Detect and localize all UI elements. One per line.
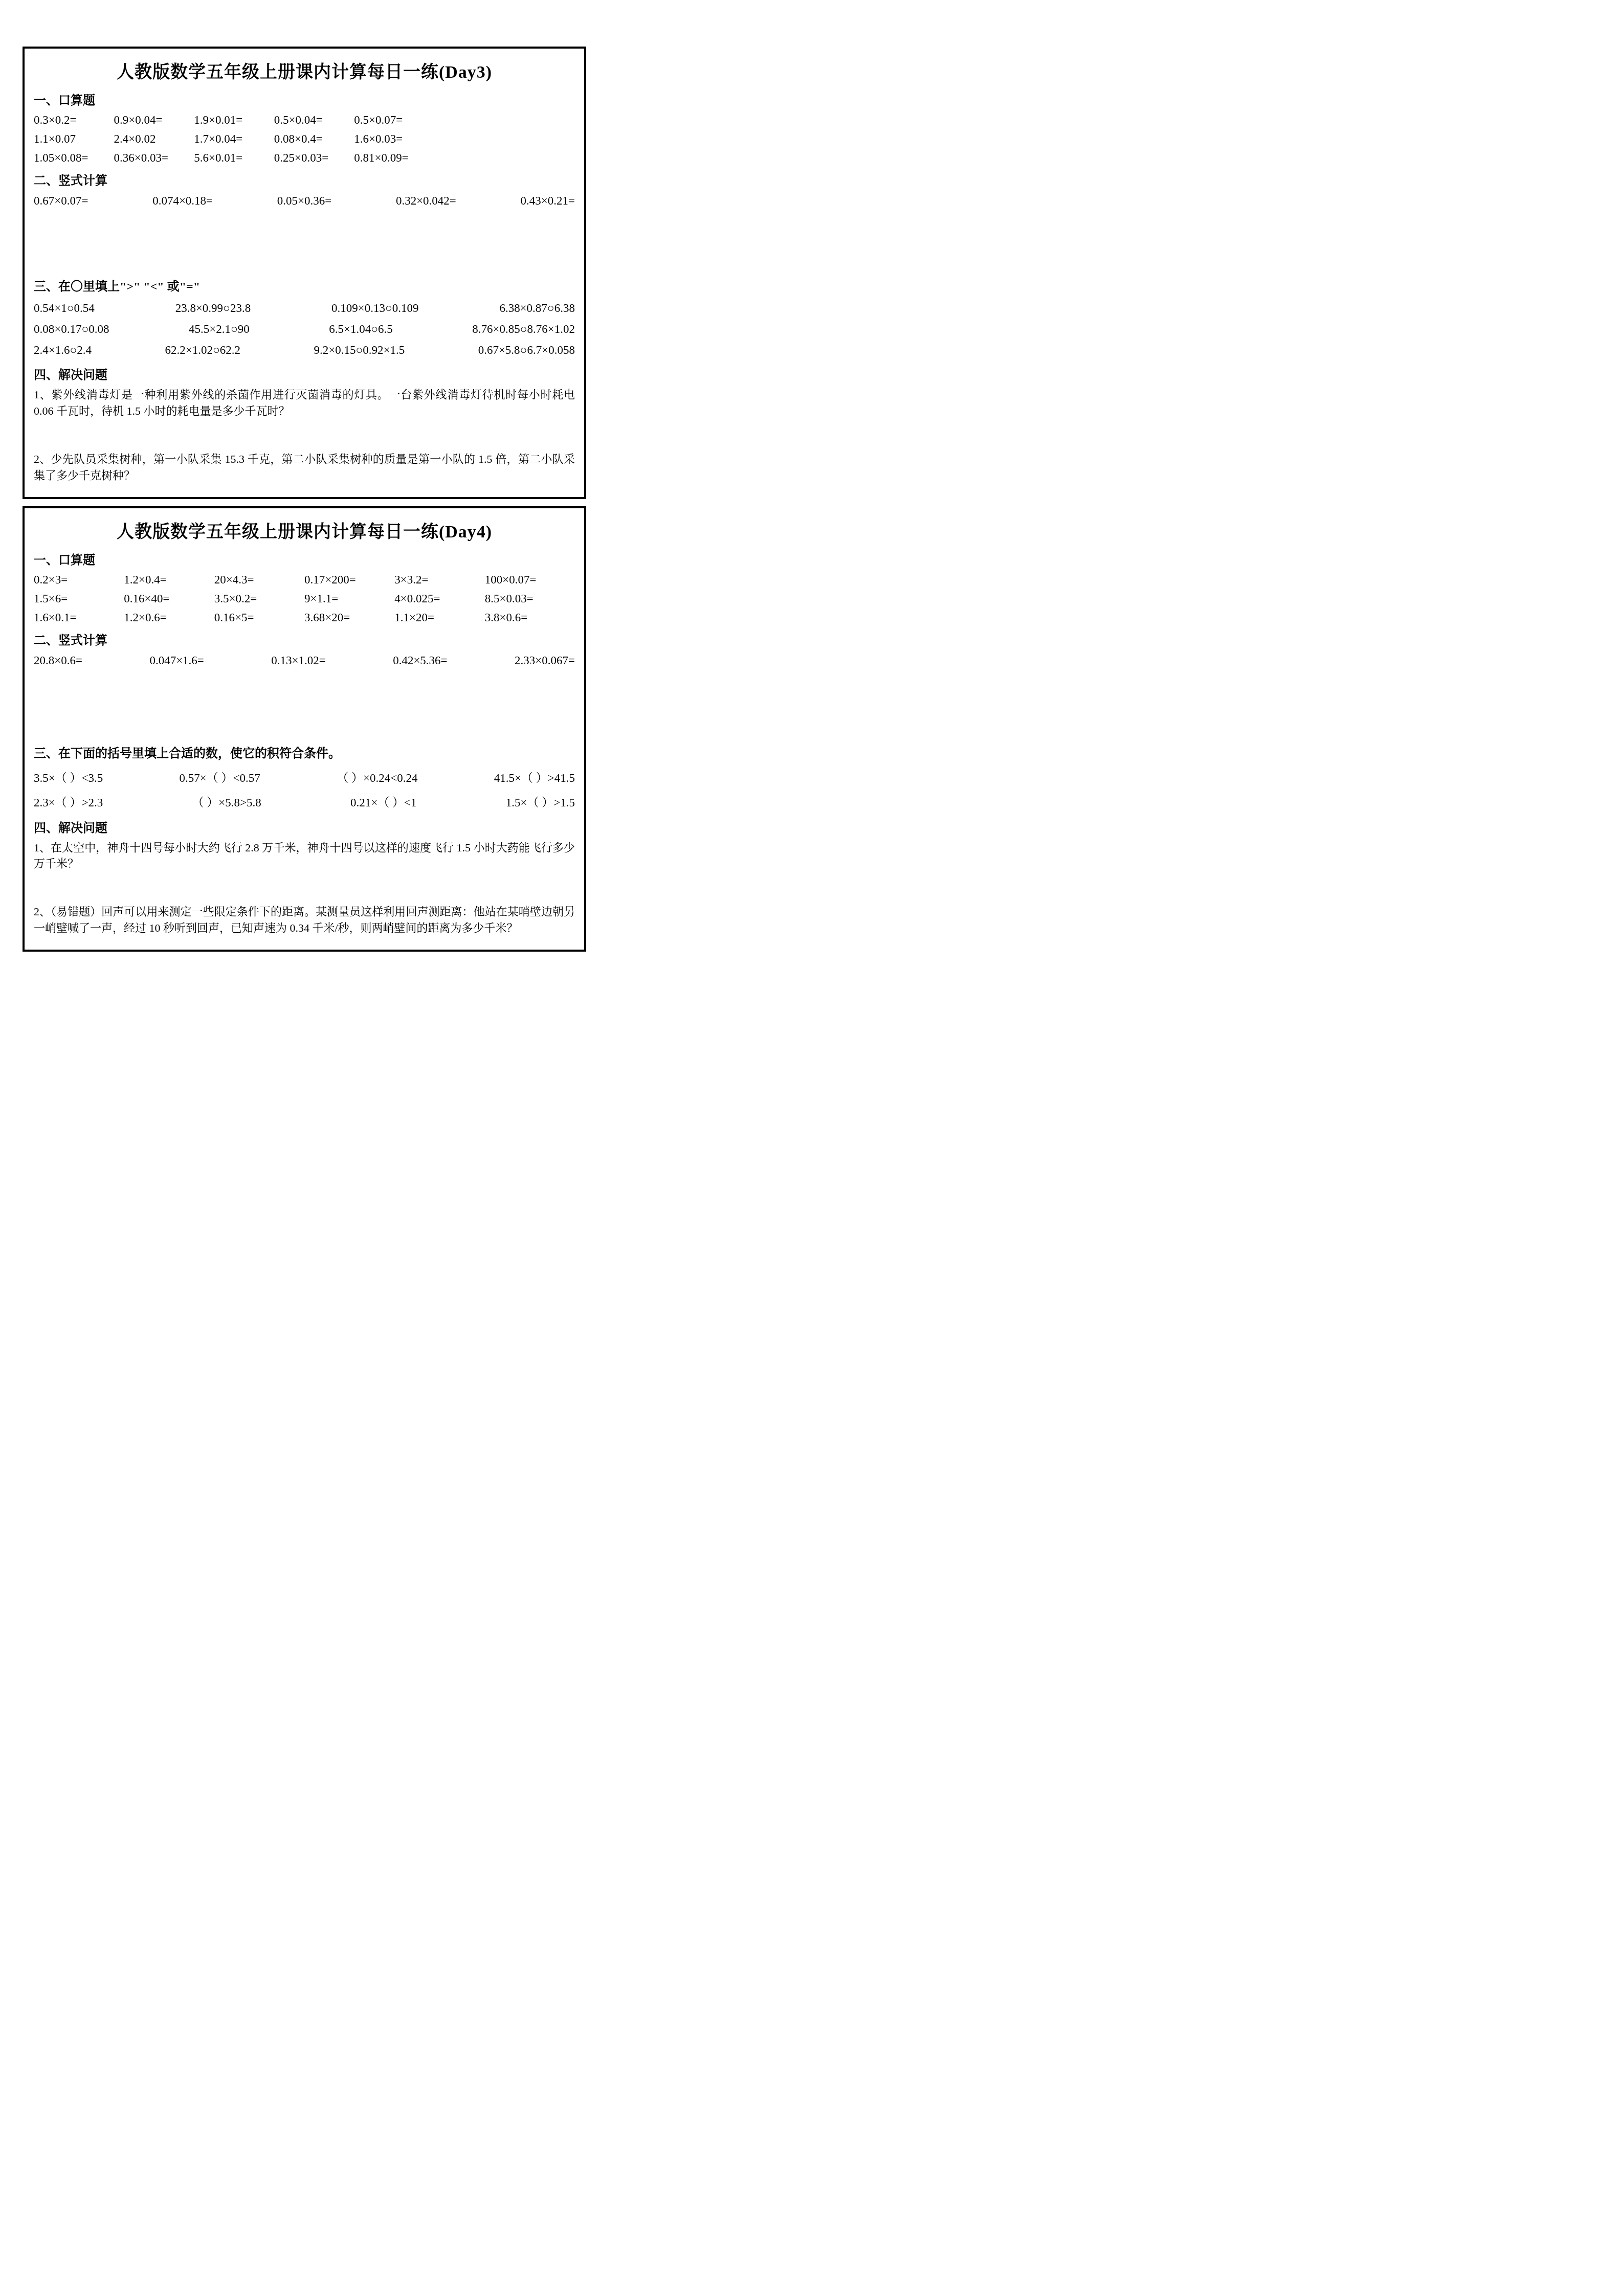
section-heading-oral: 一、口算题	[34, 550, 575, 568]
expression-row: 1.05×0.08=0.36×0.03=5.6×0.01=0.25×0.03=0…	[34, 151, 434, 165]
expression-item: 0.17×200=	[304, 573, 394, 587]
expression-item: 4×0.025=	[394, 592, 484, 605]
expression-item: 0.2×3=	[34, 573, 124, 587]
expression-item: 0.25×0.03=	[274, 151, 354, 165]
expression-item: 8.5×0.03=	[485, 592, 575, 605]
expression-item: 0.67×5.8○6.7×0.058	[478, 344, 575, 357]
expression-item: 1.5×（ ）>1.5	[506, 793, 575, 810]
expression-item: 3.68×20=	[304, 611, 394, 624]
oral-calculation-grid: 0.2×3=1.2×0.4=20×4.3=0.17×200=3×3.2=100×…	[34, 573, 575, 624]
expression-item: 62.2×1.02○62.2	[165, 344, 240, 357]
expression-item: 0.43×0.21=	[521, 194, 575, 208]
expression-row: 1.1×0.072.4×0.021.7×0.04=0.08×0.4=1.6×0.…	[34, 132, 434, 146]
word-problem-2: 2、少先队员采集树种，第一小队采集 15.3 千克，第二小队采集树种的质量是第一…	[34, 451, 575, 484]
expression-item: 6.38×0.87○6.38	[499, 302, 575, 315]
expression-item: 3.5×0.2=	[214, 592, 304, 605]
expression-row: 0.67×0.07=0.074×0.18=0.05×0.36=0.32×0.04…	[34, 194, 575, 208]
expression-item: 2.3×（ ）>2.3	[34, 793, 103, 810]
expression-item: 1.6×0.03=	[354, 132, 434, 146]
expression-item: 41.5×（ ）>41.5	[494, 769, 575, 785]
expression-row: 20.8×0.6=0.047×1.6=0.13×1.02=0.42×5.36=2…	[34, 654, 575, 667]
section-heading-compare: 三、在〇里填上">" "<" 或"="	[34, 276, 575, 294]
expression-item: 0.54×1○0.54	[34, 302, 95, 315]
expression-item: 0.21×（ ）<1	[350, 793, 416, 810]
expression-item: 6.5×1.04○6.5	[329, 323, 393, 336]
expression-row: 2.4×1.6○2.462.2×1.02○62.29.2×0.15○0.92×1…	[34, 344, 575, 357]
expression-row: 0.54×1○0.5423.8×0.99○23.80.109×0.13○0.10…	[34, 302, 575, 315]
expression-item: 1.5×6=	[34, 592, 124, 605]
word-problem-1: 1、在太空中，神舟十四号每小时大约飞行 2.8 万千米，神舟十四号以这样的速度飞…	[34, 840, 575, 872]
expression-item: 0.05×0.36=	[277, 194, 331, 208]
expression-item: 1.2×0.4=	[124, 573, 214, 587]
fill-blank-grid: 3.5×（ ）<3.50.57×（ ）<0.57（ ）×0.24<0.2441.…	[34, 769, 575, 810]
word-problem-1: 1、紫外线消毒灯是一种利用紫外线的杀菌作用进行灭菌消毒的灯具。一台紫外线消毒灯待…	[34, 387, 575, 419]
expression-item: 1.05×0.08=	[34, 151, 114, 165]
oral-calculation-grid: 0.3×0.2=0.9×0.04=1.9×0.01=0.5×0.04=0.5×0…	[34, 114, 575, 165]
section-heading-problems: 四、解决问题	[34, 365, 575, 382]
expression-item: 1.1×20=	[394, 611, 484, 624]
expression-item: 0.5×0.07=	[354, 114, 434, 127]
expression-item: 2.4×1.6○2.4	[34, 344, 92, 357]
expression-row: 1.6×0.1=1.2×0.6=0.16×5=3.68×20=1.1×20=3.…	[34, 611, 575, 624]
work-space	[34, 673, 575, 738]
expression-item: 0.3×0.2=	[34, 114, 114, 127]
expression-item: 3.5×（ ）<3.5	[34, 769, 103, 785]
expression-item: 100×0.07=	[485, 573, 575, 587]
expression-item: 0.32×0.042=	[396, 194, 456, 208]
expression-row: 1.5×6=0.16×40=3.5×0.2=9×1.1=4×0.025=8.5×…	[34, 592, 575, 605]
expression-item: 20.8×0.6=	[34, 654, 82, 667]
expression-item: 0.81×0.09=	[354, 151, 434, 165]
answer-space	[34, 423, 575, 447]
expression-item: 1.1×0.07	[34, 132, 114, 146]
section-heading-fill: 三、在下面的括号里填上合适的数，使它的积符合条件。	[34, 743, 575, 761]
expression-item: 0.57×（ ）<0.57	[180, 769, 260, 785]
expression-item: 1.6×0.1=	[34, 611, 124, 624]
expression-item: 0.67×0.07=	[34, 194, 88, 208]
expression-row: 0.08×0.17○0.0845.5×2.1○906.5×1.04○6.58.7…	[34, 323, 575, 336]
worksheet-page: 人教版数学五年级上册课内计算每日一练(Day3) 一、口算题 0.3×0.2=0…	[0, 0, 609, 959]
expression-item: 0.109×0.13○0.109	[331, 302, 419, 315]
expression-item: 0.36×0.03=	[114, 151, 194, 165]
expression-item: 0.16×5=	[214, 611, 304, 624]
worksheet-title-day4: 人教版数学五年级上册课内计算每日一练(Day4)	[34, 517, 575, 543]
section-heading-problems: 四、解决问题	[34, 818, 575, 836]
expression-item: 0.08×0.17○0.08	[34, 323, 109, 336]
expression-item: 3×3.2=	[394, 573, 484, 587]
expression-item: 1.2×0.6=	[124, 611, 214, 624]
vertical-calculation-grid: 0.67×0.07=0.074×0.18=0.05×0.36=0.32×0.04…	[34, 194, 575, 208]
expression-item: （ ）×0.24<0.24	[337, 769, 417, 785]
expression-row: 0.2×3=1.2×0.4=20×4.3=0.17×200=3×3.2=100×…	[34, 573, 575, 587]
word-problem-2: 2、（易错题）回声可以用来测定一些限定条件下的距离。某测量员这样利用回声测距离：…	[34, 904, 575, 936]
expression-item: 2.33×0.067=	[515, 654, 575, 667]
worksheet-title-day3: 人教版数学五年级上册课内计算每日一练(Day3)	[34, 58, 575, 83]
expression-item: 0.074×0.18=	[152, 194, 213, 208]
expression-item: 20×4.3=	[214, 573, 304, 587]
expression-item: 0.9×0.04=	[114, 114, 194, 127]
answer-space	[34, 876, 575, 899]
work-space	[34, 214, 575, 271]
expression-item: 45.5×2.1○90	[189, 323, 250, 336]
worksheet-day3: 人教版数学五年级上册课内计算每日一练(Day3) 一、口算题 0.3×0.2=0…	[23, 47, 586, 499]
expression-item: 8.76×0.85○8.76×1.02	[472, 323, 575, 336]
expression-item: 0.16×40=	[124, 592, 214, 605]
expression-item: 23.8×0.99○23.8	[175, 302, 251, 315]
section-heading-vertical: 二、竖式计算	[34, 170, 575, 188]
compare-grid: 0.54×1○0.5423.8×0.99○23.80.109×0.13○0.10…	[34, 302, 575, 357]
expression-item: （ ）×5.8>5.8	[192, 793, 261, 810]
expression-item: 0.42×5.36=	[393, 654, 447, 667]
expression-item: 5.6×0.01=	[194, 151, 274, 165]
expression-item: 9×1.1=	[304, 592, 394, 605]
expression-item: 0.5×0.04=	[274, 114, 354, 127]
expression-item: 0.08×0.4=	[274, 132, 354, 146]
expression-item: 2.4×0.02	[114, 132, 194, 146]
expression-item: 9.2×0.15○0.92×1.5	[314, 344, 405, 357]
expression-row: 2.3×（ ）>2.3（ ）×5.8>5.80.21×（ ）<11.5×（ ）>…	[34, 793, 575, 810]
expression-item: 1.7×0.04=	[194, 132, 274, 146]
expression-item: 0.13×1.02=	[271, 654, 325, 667]
expression-item: 3.8×0.6=	[485, 611, 575, 624]
expression-row: 0.3×0.2=0.9×0.04=1.9×0.01=0.5×0.04=0.5×0…	[34, 114, 434, 127]
vertical-calculation-grid: 20.8×0.6=0.047×1.6=0.13×1.02=0.42×5.36=2…	[34, 654, 575, 667]
section-heading-vertical: 二、竖式计算	[34, 630, 575, 648]
page-background: { "colors": {"background": "#ffffff", "t…	[0, 0, 609, 959]
expression-item: 0.047×1.6=	[149, 654, 204, 667]
expression-row: 3.5×（ ）<3.50.57×（ ）<0.57（ ）×0.24<0.2441.…	[34, 769, 575, 785]
worksheet-day4: 人教版数学五年级上册课内计算每日一练(Day4) 一、口算题 0.2×3=1.2…	[23, 506, 586, 952]
section-heading-oral: 一、口算题	[34, 90, 575, 108]
expression-item: 1.9×0.01=	[194, 114, 274, 127]
